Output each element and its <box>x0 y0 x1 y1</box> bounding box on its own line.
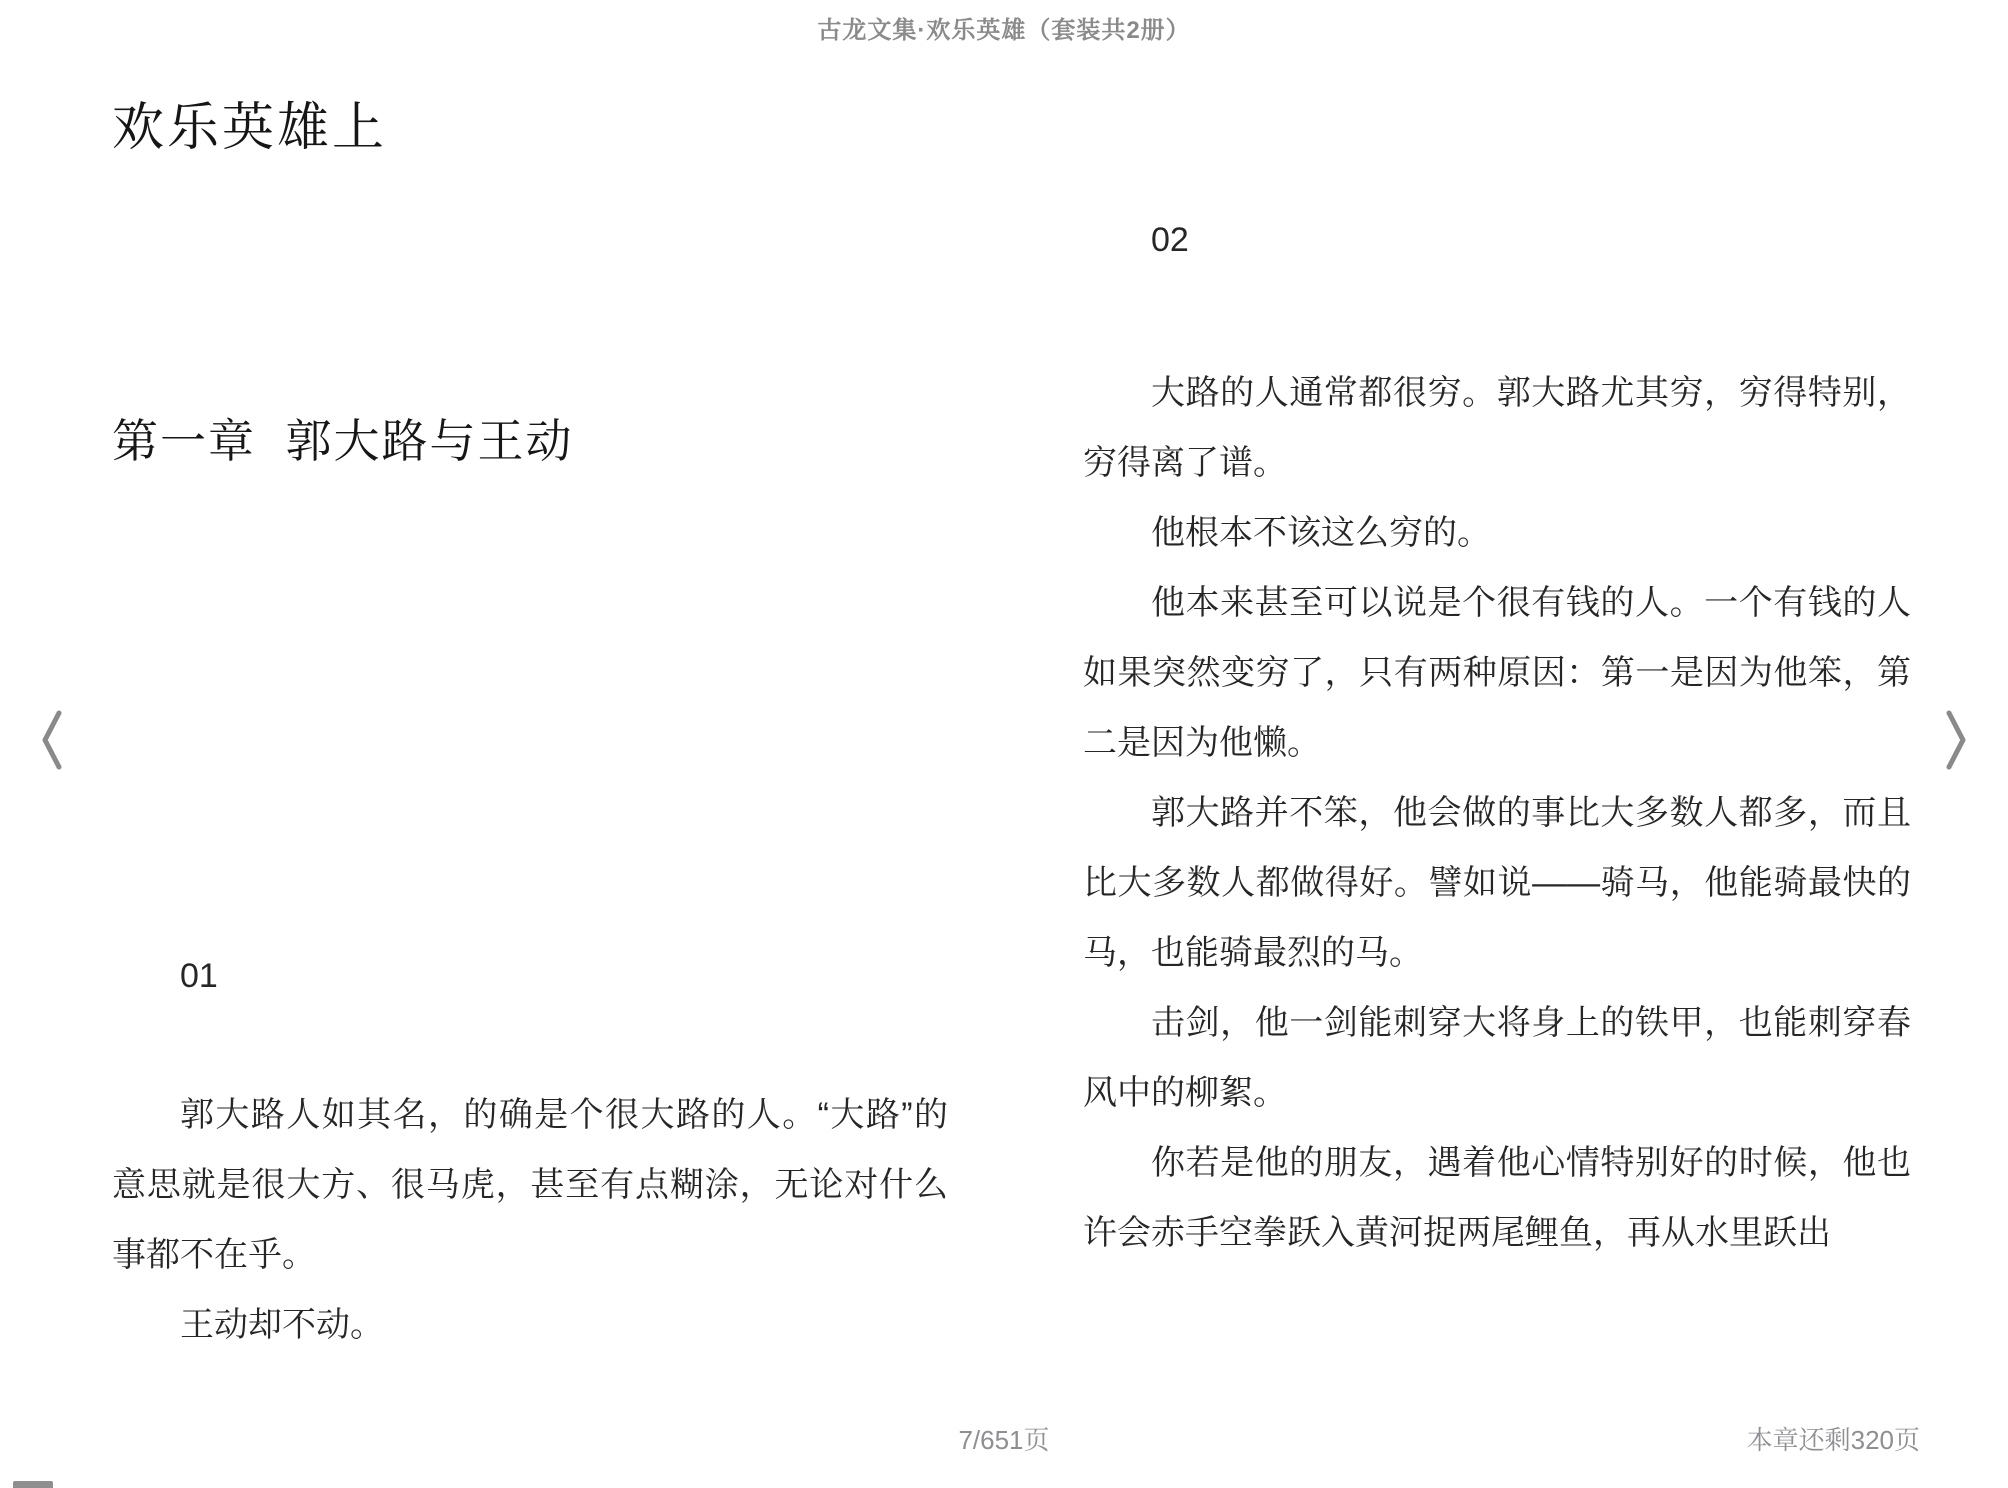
page-indicator: 7/651页 <box>0 1420 2008 1457</box>
paragraph: 击剑，他一剑能刺穿大将身上的铁甲，也能刺穿春风中的柳絮。 <box>1083 988 1911 1128</box>
paragraph: 他本来甚至可以说是个很有钱的人。一个有钱的人如果突然变穷了，只有两种原因：第一是… <box>1083 568 1911 778</box>
paragraph: 他根本不该这么穷的。 <box>1083 498 1911 568</box>
section-number-01: 01 <box>180 958 218 995</box>
paragraph: 你若是他的朋友，遇着他心情特别好的时候，他也许会赤手空拳跃入黄河捉两尾鲤鱼，再从… <box>1083 1128 1911 1268</box>
paragraph: 王动却不动。 <box>112 1290 948 1360</box>
volume-title: 欢乐英雄上 <box>112 100 387 157</box>
book-header-title: 古龙文集·欢乐英雄（套装共2册） <box>0 10 2008 45</box>
previous-page-button[interactable] <box>40 708 64 772</box>
right-column-text: 大路的人通常都很穷。郭大路尤其穷，穷得特别，穷得离了谱。 他根本不该这么穷的。 … <box>1083 358 1911 1268</box>
chapter-remaining-indicator: 本章还剩320页 <box>1747 1420 1920 1457</box>
paragraph: 郭大路并不笨，他会做的事比大多数人都多，而且比大多数人都做得好。譬如说——骑马，… <box>1083 778 1911 988</box>
next-page-button[interactable] <box>1944 708 1968 772</box>
bottom-left-menu-icon[interactable] <box>13 1481 53 1488</box>
chevron-right-icon <box>1944 760 1968 775</box>
chapter-title: 第一章 郭大路与王动 <box>112 416 574 467</box>
section-number-02: 02 <box>1151 222 1189 259</box>
chevron-left-icon <box>40 760 64 775</box>
reader-page: 古龙文集·欢乐英雄（套装共2册） 欢乐英雄上 第一章 郭大路与王动 01 郭大路… <box>0 0 2008 1488</box>
paragraph: 大路的人通常都很穷。郭大路尤其穷，穷得特别，穷得离了谱。 <box>1083 358 1911 498</box>
left-column-text: 郭大路人如其名，的确是个很大路的人。“大路”的意思就是很大方、很马虎，甚至有点糊… <box>112 1080 948 1360</box>
paragraph: 郭大路人如其名，的确是个很大路的人。“大路”的意思就是很大方、很马虎，甚至有点糊… <box>112 1080 948 1290</box>
